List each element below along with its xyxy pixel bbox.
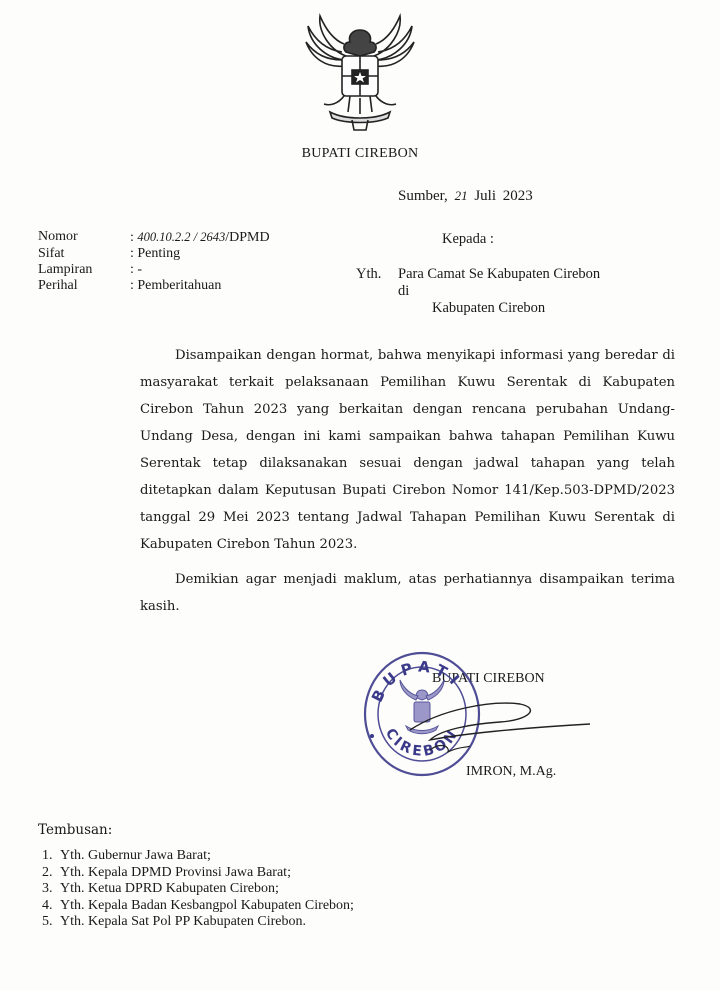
letter-meta: Nomor : 400.10.2.2 / 2643/DPMD Sifat : P…: [38, 229, 270, 294]
tembusan-item: 2.Yth. Kepala DPMD Provinsi Jawa Barat;: [42, 865, 354, 882]
tembusan-item: 4.Yth. Kepala Badan Kesbangpol Kabupaten…: [42, 898, 354, 915]
kepada-label: Kepada :: [442, 231, 494, 248]
recipient-salutation: Yth.: [356, 266, 398, 283]
meta-value: : Pemberitahuan: [130, 278, 221, 294]
handwritten-signature: [400, 690, 600, 760]
meta-row-lampiran: Lampiran : -: [38, 262, 270, 278]
meta-label: Perihal: [38, 278, 130, 294]
meta-value: : 400.10.2.2 / 2643/DPMD: [130, 229, 270, 246]
meta-row-nomor: Nomor : 400.10.2.2 / 2643/DPMD: [38, 229, 270, 246]
meta-row-sifat: Sifat : Penting: [38, 246, 270, 262]
meta-row-perihal: Perihal : Pemberitahuan: [38, 278, 270, 294]
meta-value: : Penting: [130, 246, 180, 262]
signatory-name: IMRON, M.Ag.: [466, 764, 556, 780]
meta-value: : -: [130, 262, 142, 278]
recipient-place: Kabupaten Cirebon: [398, 300, 545, 317]
tembusan-title: Tembusan:: [38, 822, 112, 838]
body-paragraph: Disampaikan dengan hormat, bahwa menyika…: [140, 342, 675, 558]
tembusan-item: 5.Yth. Kepala Sat Pol PP Kabupaten Cireb…: [42, 914, 354, 931]
recipient-address: Yth. Para Camat Se Kabupaten Cirebon di …: [356, 266, 600, 317]
letter-body: Disampaikan dengan hormat, bahwa menyika…: [140, 342, 675, 620]
garuda-emblem-icon: [300, 12, 420, 136]
date-place: Sumber,: [398, 188, 448, 204]
tembusan-item: 1.Yth. Gubernur Jawa Barat;: [42, 848, 354, 865]
meta-label: Nomor: [38, 229, 130, 246]
tembusan-item: 3.Yth. Ketua DPRD Kabupaten Cirebon;: [42, 881, 354, 898]
meta-label: Lampiran: [38, 262, 130, 278]
date-day: 21: [455, 188, 468, 203]
recipient-name: Para Camat Se Kabupaten Cirebon: [398, 266, 600, 283]
letter-page: BUPATI CIREBON Sumber, 21 Juli 2023 Nomo…: [0, 0, 720, 990]
closing-paragraph: Demikian agar menjadi maklum, atas perha…: [140, 566, 675, 620]
date-month-year: Juli 2023: [474, 188, 532, 204]
recipient-di: di: [398, 283, 409, 300]
date-line: Sumber, 21 Juli 2023: [398, 188, 533, 205]
tembusan-list: 1.Yth. Gubernur Jawa Barat; 2.Yth. Kepal…: [42, 848, 354, 931]
meta-label: Sifat: [38, 246, 130, 262]
letterhead-title: BUPATI CIREBON: [0, 146, 720, 162]
